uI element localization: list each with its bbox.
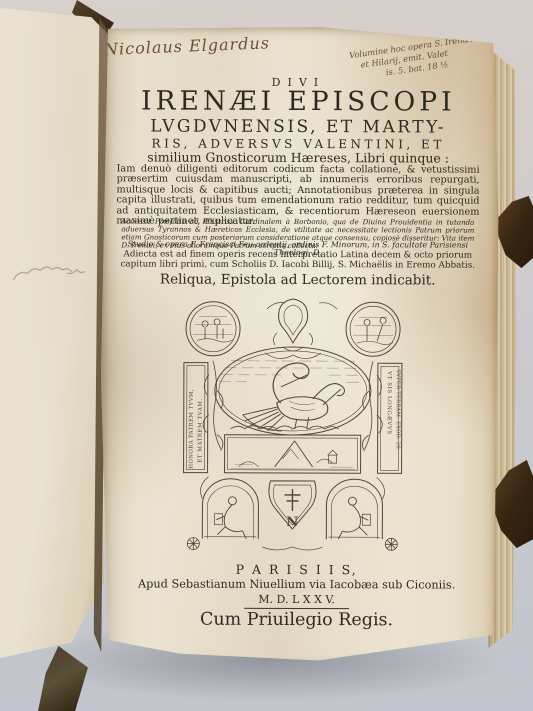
device-top-right-roundel xyxy=(346,302,400,356)
title-page: Nicolaus Elgardus Volumine hoc opera S. … xyxy=(100,26,499,663)
motto-right-inner: VT SIS LONGÆVVS xyxy=(386,370,392,434)
nivelle-monogram: N xyxy=(286,515,298,530)
ownership-inscription: Nicolaus Elgardus xyxy=(104,33,271,60)
device-landscape-panel xyxy=(225,435,361,473)
motto-right-outer: SVPER TERRAM. EXOD. 20. xyxy=(395,369,401,451)
motto-left-inner: ET MATREM TVAM. xyxy=(198,398,204,462)
device-motto-left: HONORA PATREM TVVM, ET MATREM TVAM. xyxy=(184,363,208,473)
imprint-year: M. D. L X X V. xyxy=(244,594,349,609)
addendum-note: Adiecta est ad finem operis recens inter… xyxy=(116,250,479,271)
imprint-publisher: Apud Sebastianum Niuellium via Iacobæa s… xyxy=(115,578,478,591)
device-bottom-right-figure xyxy=(326,479,382,539)
device-top-left-roundel xyxy=(186,302,240,356)
motto-left-outer: HONORA PATREM TVVM, xyxy=(189,389,195,469)
printers-device-woodcut: HONORA PATREM TVVM, ET MATREM TVAM. VT S… xyxy=(178,295,407,556)
imprint-city: P A R I S I I S, xyxy=(115,562,478,577)
device-stork-scene xyxy=(215,347,371,436)
device-motto-right: VT SIS LONGÆVVS SVPER TERRAM. EXOD. 20. xyxy=(378,363,402,473)
storks xyxy=(243,363,345,431)
lorraine-cross xyxy=(284,489,300,511)
title-line2: LVGDVNENSIS, ET MARTY- xyxy=(117,117,480,137)
device-foliage xyxy=(203,353,382,452)
purchase-note: Volumine hoc opera S. Irenæi et Hilarij,… xyxy=(349,29,510,82)
device-top-cartouche xyxy=(267,299,337,351)
reliqua-line: Reliqua, Epistola ad Lectorem indicabit. xyxy=(116,272,479,288)
book-photo: Nicolaus Elgardus Volumine hoc opera S. … xyxy=(0,0,533,711)
device-monogram-shield: N xyxy=(269,481,316,530)
privilege-line: Cum Priuilegio Regis. xyxy=(115,610,478,630)
device-bottom-left-figure xyxy=(202,479,258,539)
title-main: IRENÆI EPISCOPI xyxy=(117,87,480,117)
